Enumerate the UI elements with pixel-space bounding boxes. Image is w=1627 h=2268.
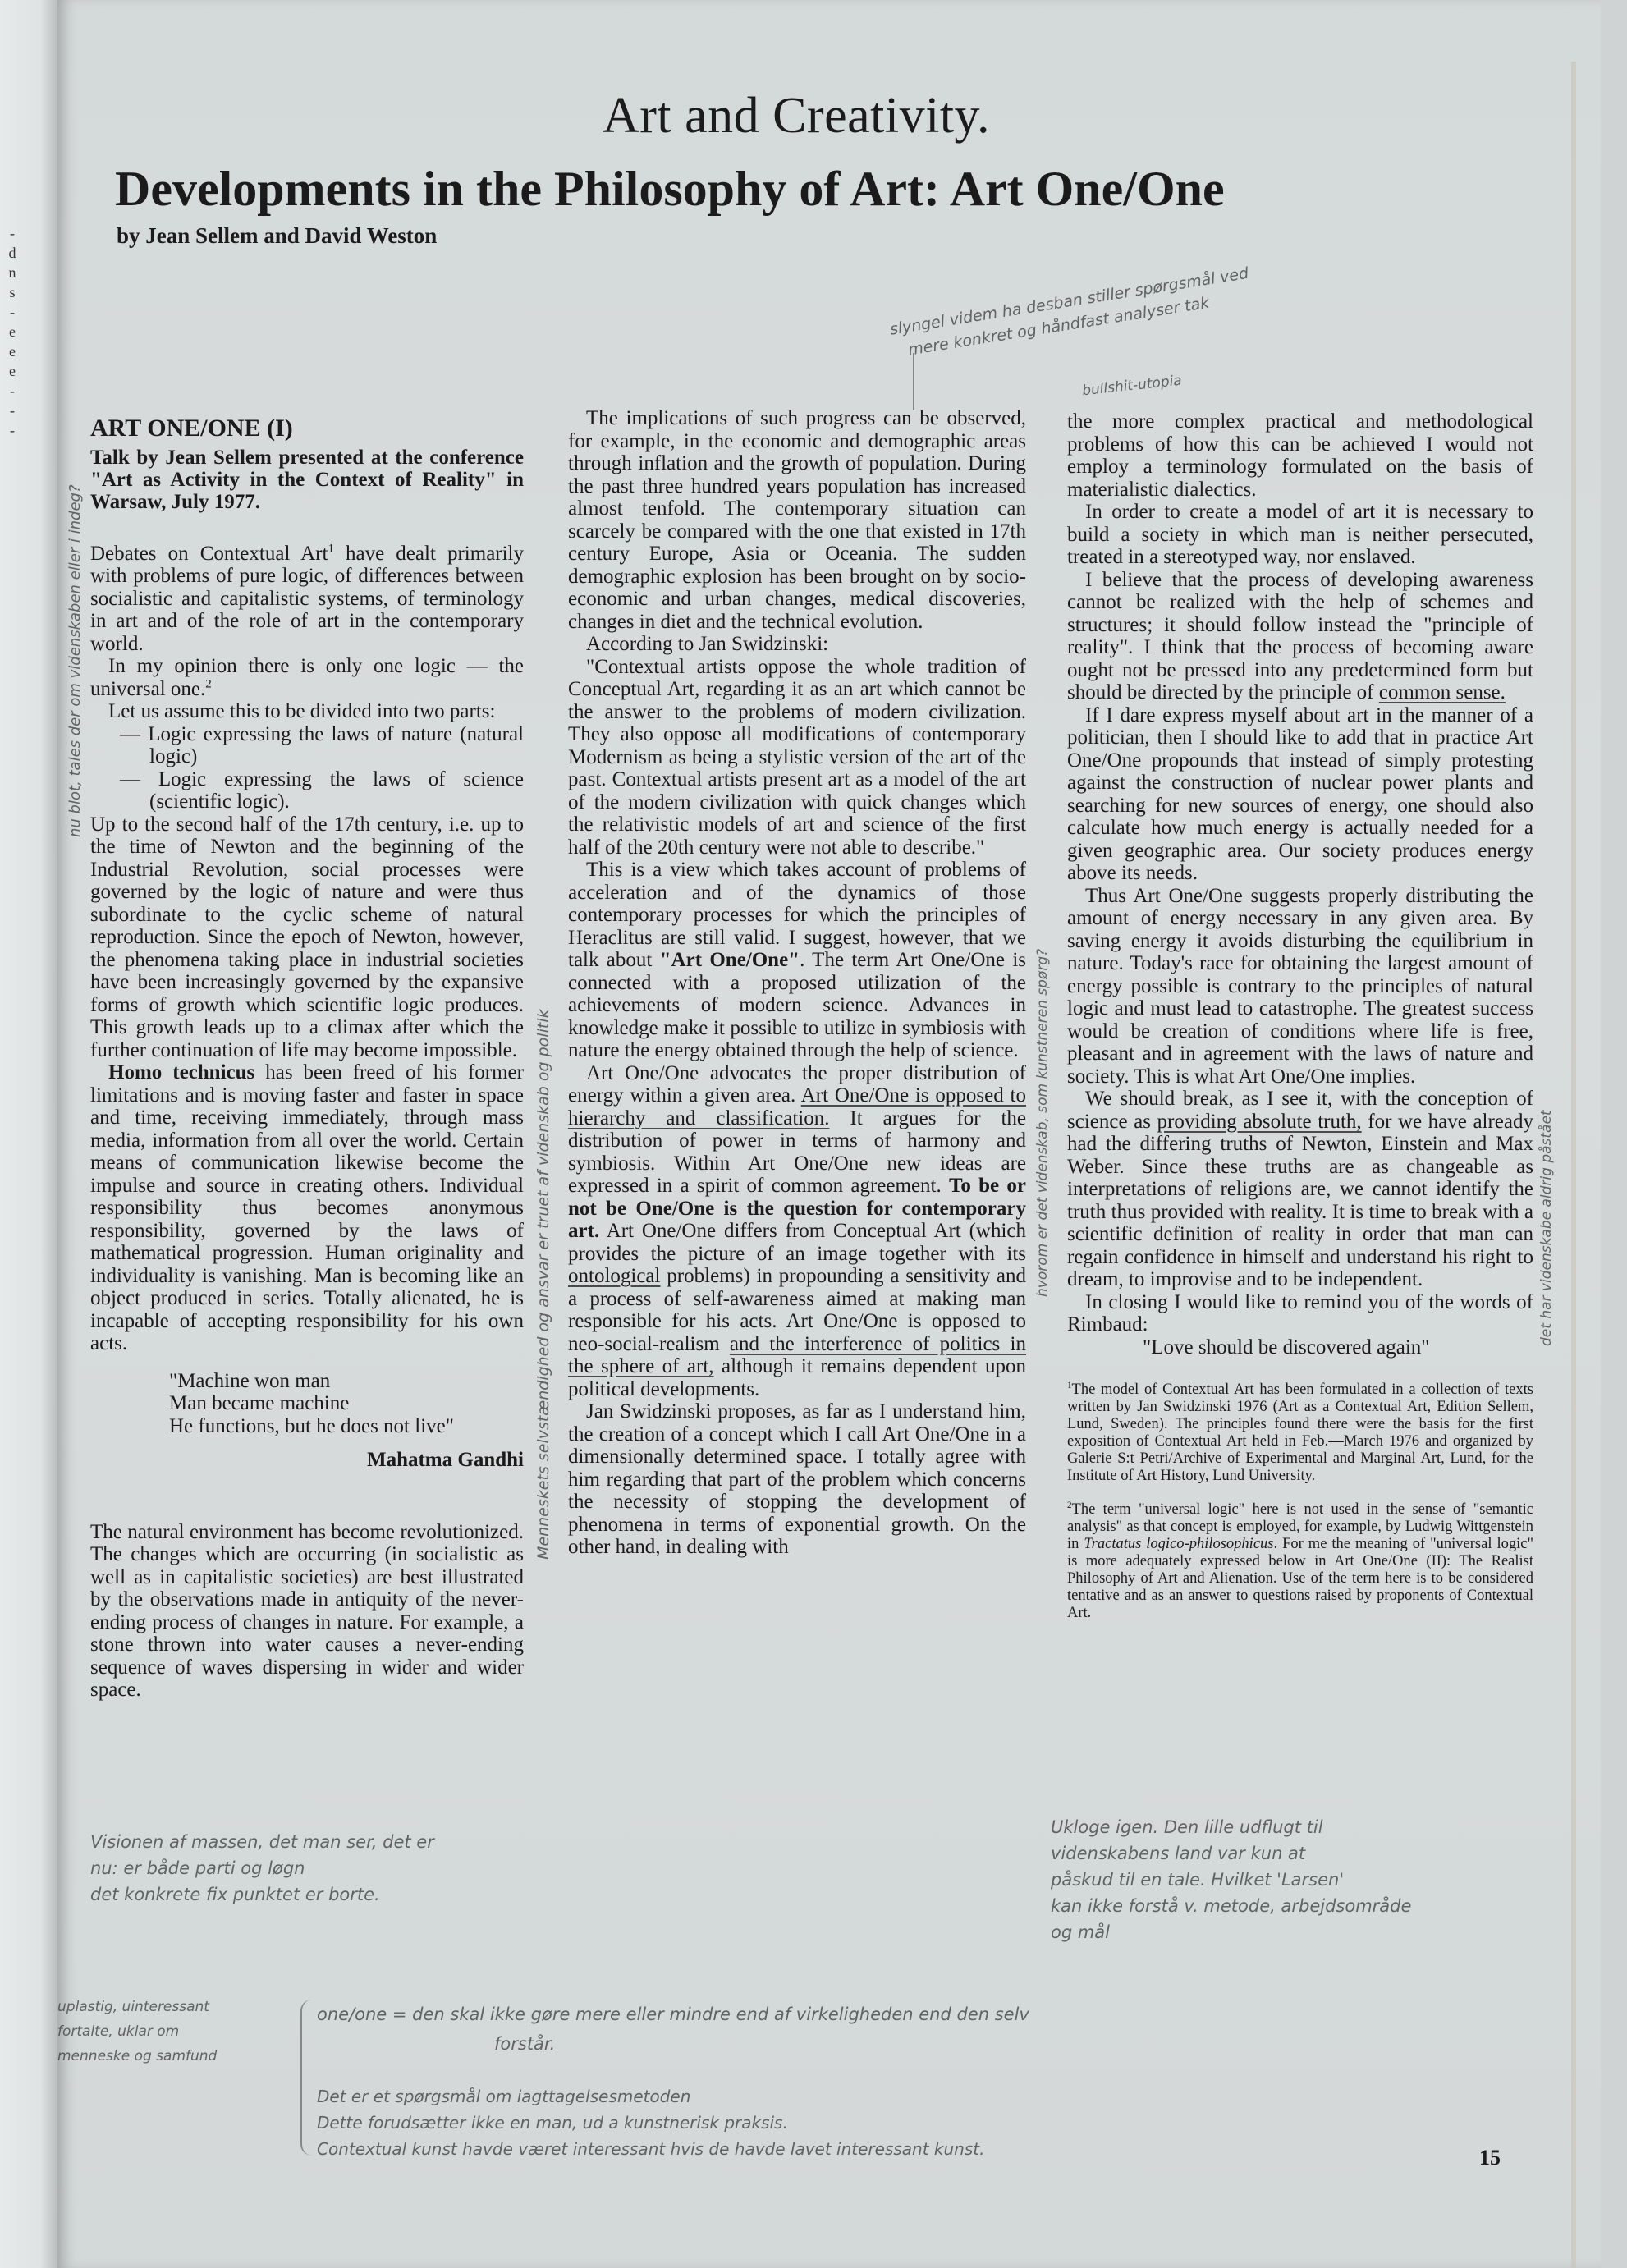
- byline: by Jean Sellem and David Weston: [117, 223, 437, 249]
- gandhi-quote: "Machine won man Man became machine He f…: [90, 1370, 524, 1438]
- paragraph: Homo technicus has been freed of his for…: [90, 1061, 524, 1355]
- title-line-1: Art and Creativity.: [57, 87, 1535, 145]
- paragraph: This is a view which takes account of pr…: [568, 859, 1026, 1062]
- paragraph: In order to create a model of art it is …: [1067, 501, 1533, 569]
- paragraph: Up to the second half of the 17th centur…: [90, 813, 524, 1062]
- list-item: — Logic expressing the laws of science (…: [90, 768, 524, 813]
- column-1: ART ONE/ONE (I) Talk by Jean Sellem pres…: [90, 410, 524, 1702]
- paragraph: "Contextual artists oppose the whole tra…: [568, 656, 1026, 859]
- column-2: The implications of such progress can be…: [568, 407, 1026, 1559]
- page-fold-crease: [1571, 62, 1576, 2268]
- paragraph: In closing I would like to remind you of…: [1067, 1291, 1533, 1336]
- footnote-ref-1[interactable]: 1: [328, 542, 334, 555]
- arrow-icon: [913, 353, 914, 410]
- previous-page-edge: - d n s - e e e - - -: [0, 0, 57, 2268]
- quote-line: "Machine won man: [169, 1370, 524, 1393]
- handwritten-note-bottom-left: Visionen af massen, det man ser, det er …: [90, 1829, 434, 1908]
- quote-author: Mahatma Gandhi: [90, 1449, 524, 1472]
- paragraph: We should break, as I see it, with the c…: [1067, 1088, 1533, 1291]
- handwritten-main-2: Det er et spørgsmål om iagttagelsesmetod…: [317, 2085, 690, 2108]
- footnote-ref-2[interactable]: 2: [205, 677, 212, 690]
- underlined-passage: providing absolute truth,: [1157, 1111, 1362, 1133]
- paragraph: Thus Art One/One suggests properly distr…: [1067, 885, 1533, 1088]
- paragraph: If I dare express myself about art in th…: [1067, 704, 1533, 885]
- handwritten-left-margin: nu blot, tales der om videnskaben eller …: [64, 484, 87, 837]
- brace-icon: [300, 2000, 314, 2156]
- handwritten-middle-margin: Menneskets selvstændighed og ansvar er t…: [532, 1009, 555, 1560]
- column-3: the more complex practical and methodolo…: [1067, 410, 1533, 1638]
- paragraph: Debates on Contextual Art1 have dealt pr…: [90, 543, 524, 656]
- handwritten-note-bottom-right: Ukloge igen. Den lille udflugt til viden…: [1051, 1814, 1411, 1945]
- list-item: — Logic expressing the laws of nature (n…: [90, 723, 524, 768]
- paragraph: In my opinion there is only one logic — …: [90, 655, 524, 700]
- paragraph: Art One/One advocates the proper distrib…: [568, 1062, 1026, 1401]
- title-line-2: Developments in the Philosophy of Art: A…: [115, 161, 1225, 218]
- footnote-2: 2The term "universal logic" here is not …: [1067, 1501, 1533, 1622]
- handwritten-note-far-left: uplastig, uinteressant fortalte, uklar o…: [57, 1995, 217, 2069]
- section-heading: ART ONE/ONE (I): [90, 417, 524, 440]
- paragraph: The natural environment has become revol…: [90, 1521, 524, 1702]
- handwritten-main-1b: forstår.: [494, 2032, 555, 2055]
- handwritten-col2-margin: hvorom er det videnskab, som kunstneren …: [1031, 949, 1054, 1297]
- footnote-1: 1The model of Contextual Art has been fo…: [1067, 1381, 1533, 1485]
- previous-page-letters: - d n s - e e e - - -: [7, 223, 18, 440]
- page-number: 15: [1479, 2146, 1501, 2170]
- handwritten-right-margin: det har videnskabe aldrig påstået: [1535, 1110, 1558, 1346]
- underlined-passage: common sense.: [1379, 681, 1506, 703]
- handwritten-main-4: Contextual kunst havde været interessant…: [317, 2137, 984, 2160]
- underlined-word: ontological: [568, 1265, 660, 1287]
- quote-line: He functions, but he does not live": [169, 1415, 524, 1438]
- paragraph: Let us assume this to be divided into tw…: [90, 700, 524, 723]
- paragraph: According to Jan Swidzinski:: [568, 633, 1026, 656]
- handwritten-note-top: slyngel videm ha desban stiller spørgsmå…: [888, 262, 1253, 364]
- magazine-page: Art and Creativity. Developments in the …: [57, 0, 1601, 2268]
- talk-note: Talk by Jean Sellem presented at the con…: [90, 447, 524, 513]
- rimbaud-quote: "Love should be discovered again": [1067, 1336, 1533, 1359]
- quote-line: Man became machine: [169, 1392, 524, 1415]
- paragraph: I believe that the process of developing…: [1067, 569, 1533, 704]
- footnotes: 1The model of Contextual Art has been fo…: [1067, 1381, 1533, 1622]
- paragraph: The implications of such progress can be…: [568, 407, 1026, 633]
- handwritten-main-1: one/one = den skal ikke gøre mere eller …: [317, 2003, 1029, 2026]
- paragraph: the more complex practical and methodolo…: [1067, 410, 1533, 501]
- paragraph: Jan Swidzinski proposes, as far as I und…: [568, 1400, 1026, 1559]
- handwritten-note-small: bullshit-utopia: [1081, 369, 1183, 403]
- handwritten-main-3: Dette forudsætter ikke en man, ud a kuns…: [317, 2111, 788, 2134]
